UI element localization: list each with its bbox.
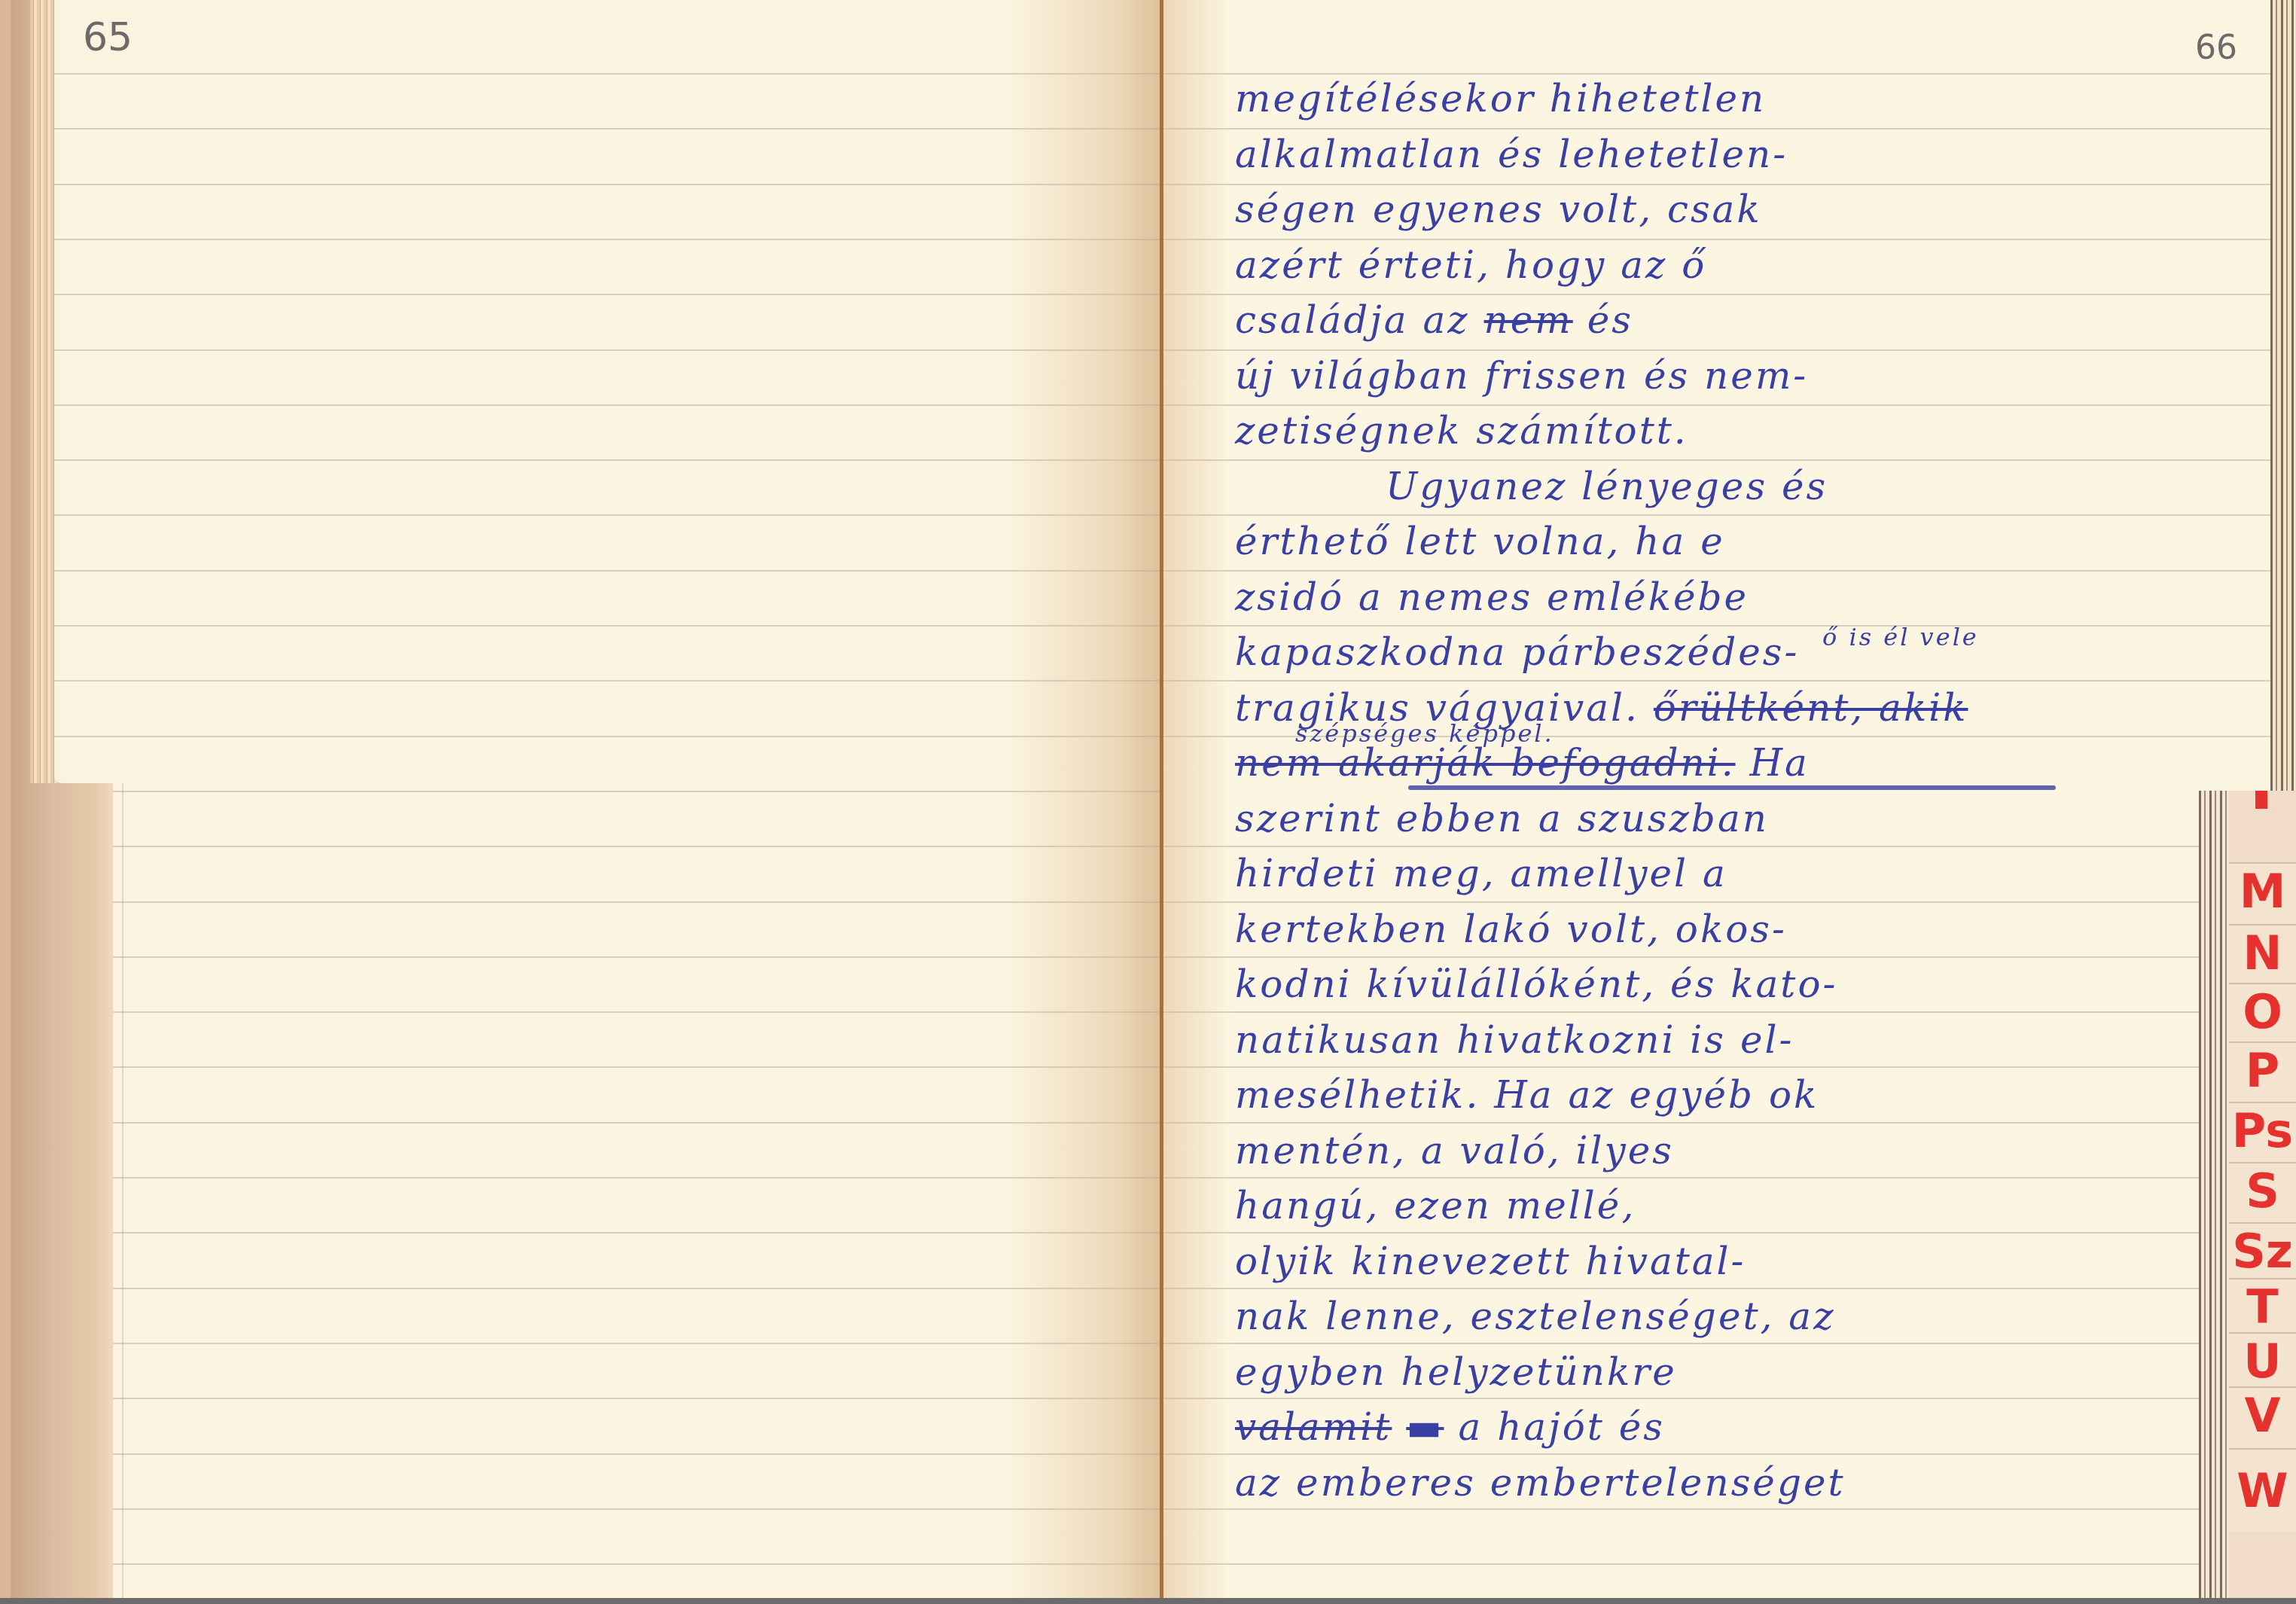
alphabet-index-tabs: M N O P Ps S Sz T U V W [2229, 791, 2296, 1598]
ruled-line [54, 239, 1161, 240]
struck-text: őrültként, akik [1654, 686, 1968, 730]
ruled-line [54, 680, 1161, 682]
ruled-line [54, 404, 1161, 406]
ruled-line [113, 1343, 1161, 1344]
tab-U[interactable]: U [2229, 1332, 2296, 1388]
ruled-line [54, 128, 1161, 130]
ruled-line [54, 184, 1161, 185]
text-line: hangú, ezen mellé, [1235, 1179, 2214, 1234]
page-number-left: 65 [83, 15, 133, 60]
ruled-line [113, 1177, 1161, 1179]
ruled-line [54, 459, 1161, 461]
ruled-line [113, 1066, 1161, 1068]
ruled-line [113, 791, 1161, 792]
text-line: új világban frissen és nem- [1235, 349, 2214, 404]
ruled-line [113, 901, 1161, 903]
text-line: nak lenne, esztelenséget, az [1235, 1289, 2214, 1345]
tab-N[interactable]: N [2229, 924, 2296, 984]
text-line: natikusan hivatkozni is el- [1235, 1013, 2214, 1069]
tab-O[interactable]: O [2229, 983, 2296, 1043]
ruled-line [113, 1288, 1161, 1289]
text-line: kodni kívülállóként, és kato- [1235, 957, 2214, 1013]
scribble-strike [1408, 785, 2056, 790]
ruled-line [113, 1232, 1161, 1233]
struck-text: nem [1484, 298, 1573, 342]
ruled-line [113, 1453, 1161, 1455]
text-line: olyik kinevezett hivatal- [1235, 1234, 2214, 1290]
tab-S[interactable]: S [2229, 1162, 2296, 1224]
ruled-line [113, 956, 1161, 958]
left-page-lower [113, 783, 1161, 1598]
tab-Ps[interactable]: Ps [2229, 1102, 2296, 1163]
ruled-line [54, 73, 1161, 75]
ruled-line [54, 514, 1161, 516]
text-line: egyben helyzetünkre [1235, 1345, 2214, 1401]
text-line: azért érteti, hogy az ő [1235, 238, 2214, 294]
text-line: érthető lett volna, ha e [1235, 514, 2214, 570]
text-line-paragraph-start: Ugyanez lényeges és [1235, 459, 2214, 515]
text-line: megítélésekor hihetetlen [1235, 72, 2214, 127]
text-line: mesélhetik. Ha az egyéb ok [1235, 1068, 2214, 1124]
ruled-line [113, 1011, 1161, 1013]
tab-W[interactable]: W [2229, 1448, 2296, 1532]
scribbled-word: ▬ [1406, 1405, 1444, 1449]
partial-tab-marker [2255, 791, 2267, 809]
text-line: szerint ebben a szuszban [1235, 791, 2214, 847]
right-page-stack-upper [2270, 0, 2296, 791]
ruled-line [54, 349, 1161, 351]
tab-P[interactable]: P [2229, 1041, 2296, 1103]
tab-T[interactable]: T [2229, 1278, 2296, 1334]
tab-V[interactable]: V [2229, 1386, 2296, 1450]
ruled-line [54, 736, 1161, 737]
text-line: kertekben lakó volt, okos- [1235, 902, 2214, 958]
text-line: kapaszkodna párbeszédes- ő is él vele [1235, 625, 2214, 681]
page-number-right: 66 [2195, 29, 2237, 67]
text-line: tragikus vágyaival. őrültként, akik szép… [1235, 681, 2214, 736]
ruled-line [113, 1563, 1161, 1565]
left-margin-line [122, 783, 123, 1598]
text-line: ségen egyenes volt, csak [1235, 182, 2214, 238]
insertion-above: ő is él vele [1822, 610, 1979, 665]
text-line: nem akarják befogadni. Ha [1235, 736, 2214, 791]
ruled-line [113, 1122, 1161, 1124]
ruled-line [113, 1508, 1161, 1510]
struck-text: valamit [1235, 1405, 1392, 1449]
struck-text: nem akarják befogadni. [1235, 741, 1736, 785]
text-line: zetiségnek számított. [1235, 404, 2214, 459]
tab-M[interactable]: M [2229, 862, 2296, 926]
ruled-line [1163, 1563, 2199, 1565]
text-line: az emberes embertelenséget [1235, 1456, 2214, 1511]
text-line: valamit ▬ a hajót és [1235, 1400, 2214, 1456]
text-line: alkalmatlan és lehetetlen- [1235, 127, 2214, 183]
text-line: mentén, a való, ilyes [1235, 1124, 2214, 1179]
ruled-line [113, 846, 1161, 847]
text-line: családja az nem és [1235, 293, 2214, 349]
left-page-upper [54, 0, 1161, 783]
handwritten-text: megítélésekor hihetetlen alkalmatlan és … [1235, 72, 2214, 1511]
text-line: hirdeti meg, amellyel a [1235, 846, 2214, 902]
ruled-line [54, 570, 1161, 572]
tab-Sz[interactable]: Sz [2229, 1222, 2296, 1279]
ruled-line [54, 625, 1161, 627]
ruled-line [54, 294, 1161, 295]
ruled-line [113, 1398, 1161, 1399]
text-line: zsidó a nemes emlékébe [1235, 570, 2214, 626]
scan-bottom-edge [0, 1598, 2296, 1604]
notebook-spread: 65 66 megítélésekor hihetetlen alkalmatl… [0, 0, 2296, 1598]
